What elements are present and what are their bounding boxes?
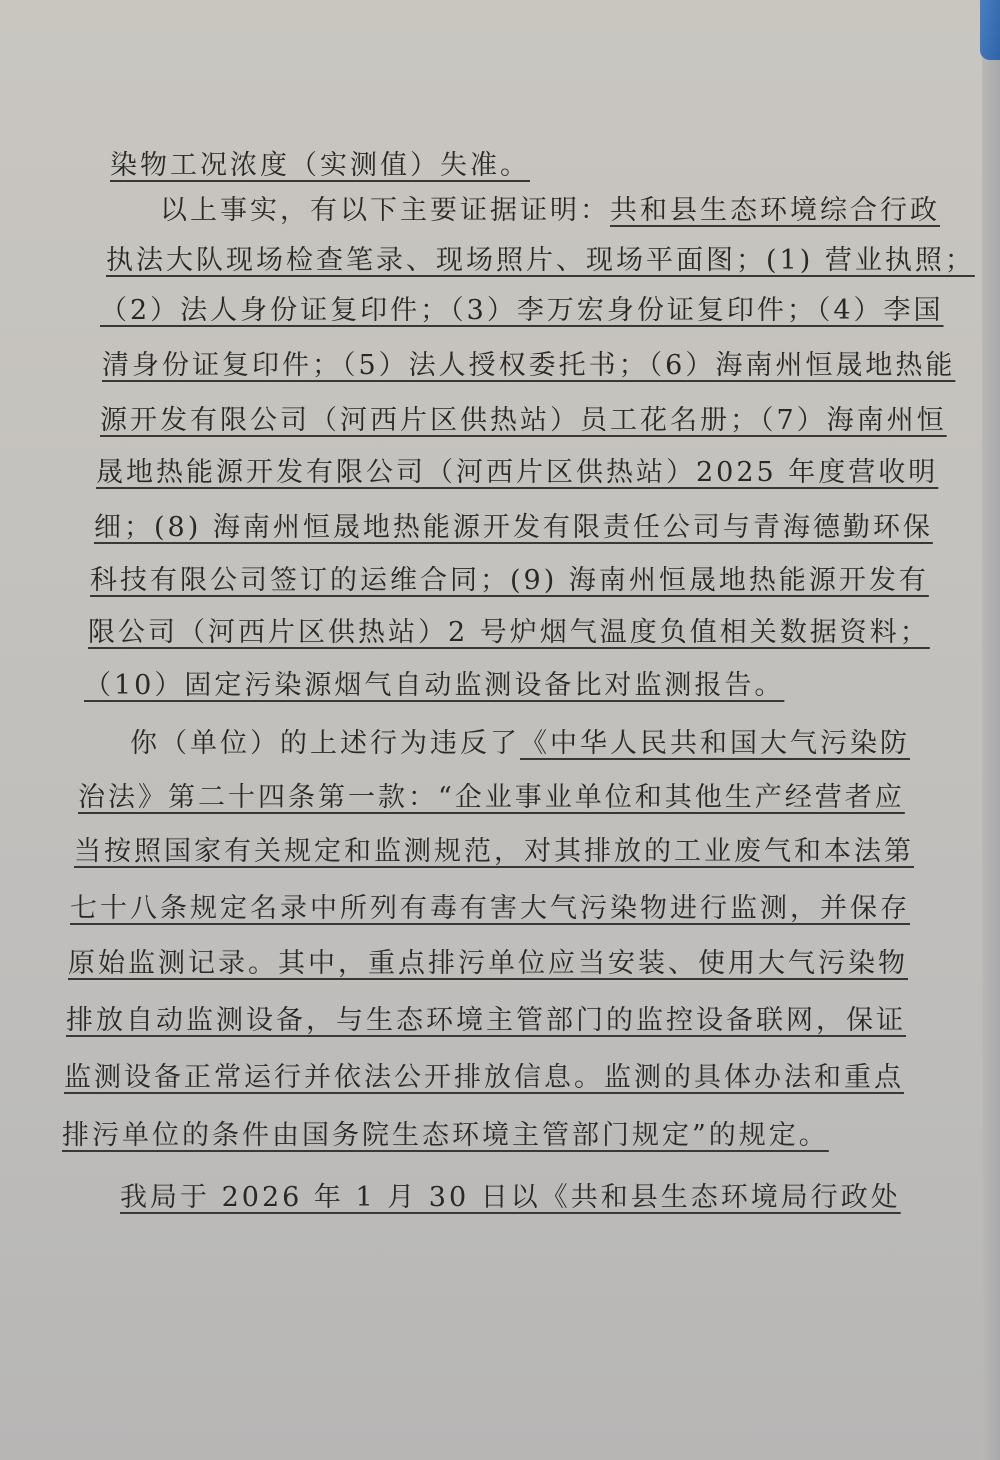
underlined-text: 监测设备正常运行并依法公开排放信息。监测的具体办法和重点	[64, 1062, 904, 1093]
doc-line-6: 源开发有限公司（河西片区供热站）员工花名册；（7）海南州恒	[100, 405, 947, 437]
underlined-text: 细；(8) 海南州恒晟地热能源开发有限责任公司与青海德勤环保	[94, 512, 933, 543]
doc-line-2: 以上事实，有以下主要证据证明：共和县生态环境综合行政	[160, 195, 940, 227]
doc-line-13: 治法》第二十四条第一款：“企业事业单位和其他生产经营者应	[78, 782, 905, 814]
underlined-text: 限公司（河西片区供热站）2 号炉烟气温度负值相关数据资料；	[88, 617, 930, 648]
doc-line-14: 当按照国家有关规定和监测规范，对其排放的工业废气和本法第	[74, 836, 914, 868]
doc-line-4: （2）法人身份证复印件；（3）李万宏身份证复印件；（4）李国	[100, 295, 944, 327]
underlined-text: 治法》第二十四条第一款：“企业事业单位和其他生产经营者应	[78, 782, 905, 813]
doc-line-11: （10）固定污染源烟气自动监测设备比对监测报告。	[84, 670, 784, 702]
underlined-text: （10）固定污染源烟气自动监测设备比对监测报告。	[84, 670, 784, 701]
doc-line-16: 原始监测记录。其中，重点排污单位应当安装、使用大气污染物	[68, 948, 908, 980]
doc-line-12: 你（单位）的上述行为违反了《中华人民共和国大气污染防	[130, 728, 910, 760]
doc-line-17: 排放自动监测设备，与生态环境主管部门的监控设备联网，保证	[66, 1005, 906, 1037]
doc-line-7: 晟地热能源开发有限公司（河西片区供热站）2025 年度营收明	[96, 457, 938, 489]
doc-line-9: 科技有限公司签订的运维合同；(9) 海南州恒晟地热能源开发有	[90, 565, 929, 597]
underlined-text: 源开发有限公司（河西片区供热站）员工花名册；（7）海南州恒	[100, 405, 947, 436]
doc-line-18: 监测设备正常运行并依法公开排放信息。监测的具体办法和重点	[64, 1062, 904, 1094]
underlined-text: 执法大队现场检查笔录、现场照片、现场平面图；(1) 营业执照；	[106, 245, 975, 276]
underlined-text: 《中华人民共和国大气污染防	[520, 728, 910, 759]
doc-line-15: 七十八条规定名录中所列有毒有害大气污染物进行监测，并保存	[70, 893, 910, 925]
doc-line-20: 我局于 2026 年 1 月 30 日以《共和县生态环境局行政处	[120, 1182, 901, 1214]
underlined-text: 科技有限公司签订的运维合同；(9) 海南州恒晟地热能源开发有	[90, 565, 929, 596]
underlined-text: 共和县生态环境综合行政	[610, 195, 940, 226]
underlined-text: 当按照国家有关规定和监测规范，对其排放的工业废气和本法第	[74, 836, 914, 867]
underlined-text: 七十八条规定名录中所列有毒有害大气污染物进行监测，并保存	[70, 893, 910, 924]
doc-line-5: 清身份证复印件；（5）法人授权委托书；（6）海南州恒晟地热能	[102, 350, 955, 382]
doc-line-8: 细；(8) 海南州恒晟地热能源开发有限责任公司与青海德勤环保	[94, 512, 933, 544]
underlined-text: 清身份证复印件；（5）法人授权委托书；（6）海南州恒晟地热能	[102, 350, 955, 381]
doc-line-1: 染物工况浓度（实测值）失准。	[110, 150, 530, 182]
underlined-text: （2）法人身份证复印件；（3）李万宏身份证复印件；（4）李国	[100, 295, 944, 326]
doc-line-3: 执法大队现场检查笔录、现场照片、现场平面图；(1) 营业执照；	[106, 245, 975, 277]
page-edge-shadow	[982, 0, 1000, 1460]
doc-line-10: 限公司（河西片区供热站）2 号炉烟气温度负值相关数据资料；	[88, 617, 930, 649]
underlined-text: 晟地热能源开发有限公司（河西片区供热站）2025 年度营收明	[96, 457, 938, 488]
doc-line-19: 排污单位的条件由国务院生态环境主管部门规定”的规定。	[62, 1120, 829, 1152]
underlined-text: 原始监测记录。其中，重点排污单位应当安装、使用大气污染物	[68, 948, 908, 979]
underlined-text: 排放自动监测设备，与生态环境主管部门的监控设备联网，保证	[66, 1005, 906, 1036]
underlined-text: 染物工况浓度（实测值）失准。	[110, 150, 530, 181]
underlined-text: 我局于 2026 年 1 月 30 日以《共和县生态环境局行政处	[120, 1182, 901, 1213]
blue-binder-clip	[980, 0, 1000, 60]
underlined-text: 排污单位的条件由国务院生态环境主管部门规定”的规定。	[62, 1120, 829, 1151]
